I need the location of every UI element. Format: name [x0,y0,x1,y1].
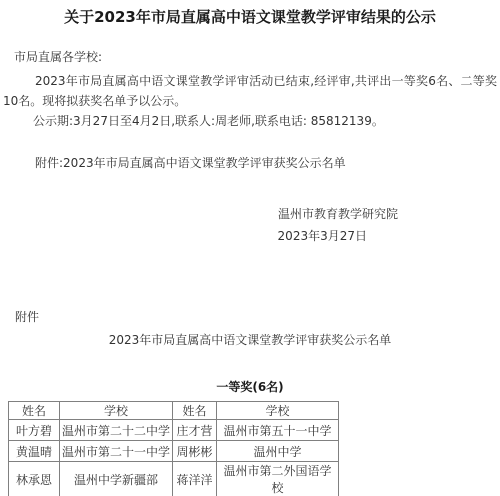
cell-school: 温州市第二十二中学 [60,420,173,441]
cell-school: 温州中学新疆部 [60,462,173,496]
cell-name: 周彬彬 [173,441,217,462]
table-header-row: 姓名 学校 姓名 学校 [9,402,339,420]
cell-school: 温州市第二十一中学 [60,441,173,462]
cell-school: 温州市第二外国语学校 [217,462,339,496]
body-paragraph: 2023年市局直属高中语文课堂教学评审活动已结束,经评审,共评出一等奖6名、二等… [3,72,497,111]
first-prize-table: 姓名 学校 姓名 学校 叶方碧 温州市第二十二中学 庄才营 温州市第五十一中学 … [8,401,339,496]
appendix-title: 2023年市局直属高中语文课堂教学评审获奖公示名单 [3,333,497,348]
cell-school: 温州市第五十一中学 [217,420,339,441]
cell-name: 蒋洋洋 [173,462,217,496]
appendix-label: 附件 [15,310,497,325]
cell-name: 叶方碧 [9,420,60,441]
signature-organization: 温州市教育教学研究院 [3,207,497,222]
header-school-1: 学校 [60,402,173,420]
attachment-reference-line: 附件:2023年市局直属高中语文课堂教学评审获奖公示名单 [3,156,497,171]
announcement-document: 关于2023年市局直属高中语文课堂教学评审结果的公示 市局直属各学校: 2023… [0,0,500,496]
header-name-2: 姓名 [173,402,217,420]
notice-period-line: 公示期:3月27日至4月2日,联系人:周老师,联系电话: 85812139。 [3,114,497,129]
first-prize-heading: 一等奖(6名) [3,380,497,395]
signature-date: 2023年3月27日 [3,229,497,244]
cell-name: 庄才营 [173,420,217,441]
cell-name: 林承恩 [9,462,60,496]
header-school-2: 学校 [217,402,339,420]
cell-name: 黄温晴 [9,441,60,462]
cell-school: 温州中学 [217,441,339,462]
header-name-1: 姓名 [9,402,60,420]
salutation-line: 市局直属各学校: [14,50,497,65]
table-row: 黄温晴 温州市第二十一中学 周彬彬 温州中学 [9,441,339,462]
table-row: 林承恩 温州中学新疆部 蒋洋洋 温州市第二外国语学校 [9,462,339,496]
document-title: 关于2023年市局直属高中语文课堂教学评审结果的公示 [3,0,497,27]
table-row: 叶方碧 温州市第二十二中学 庄才营 温州市第五十一中学 [9,420,339,441]
